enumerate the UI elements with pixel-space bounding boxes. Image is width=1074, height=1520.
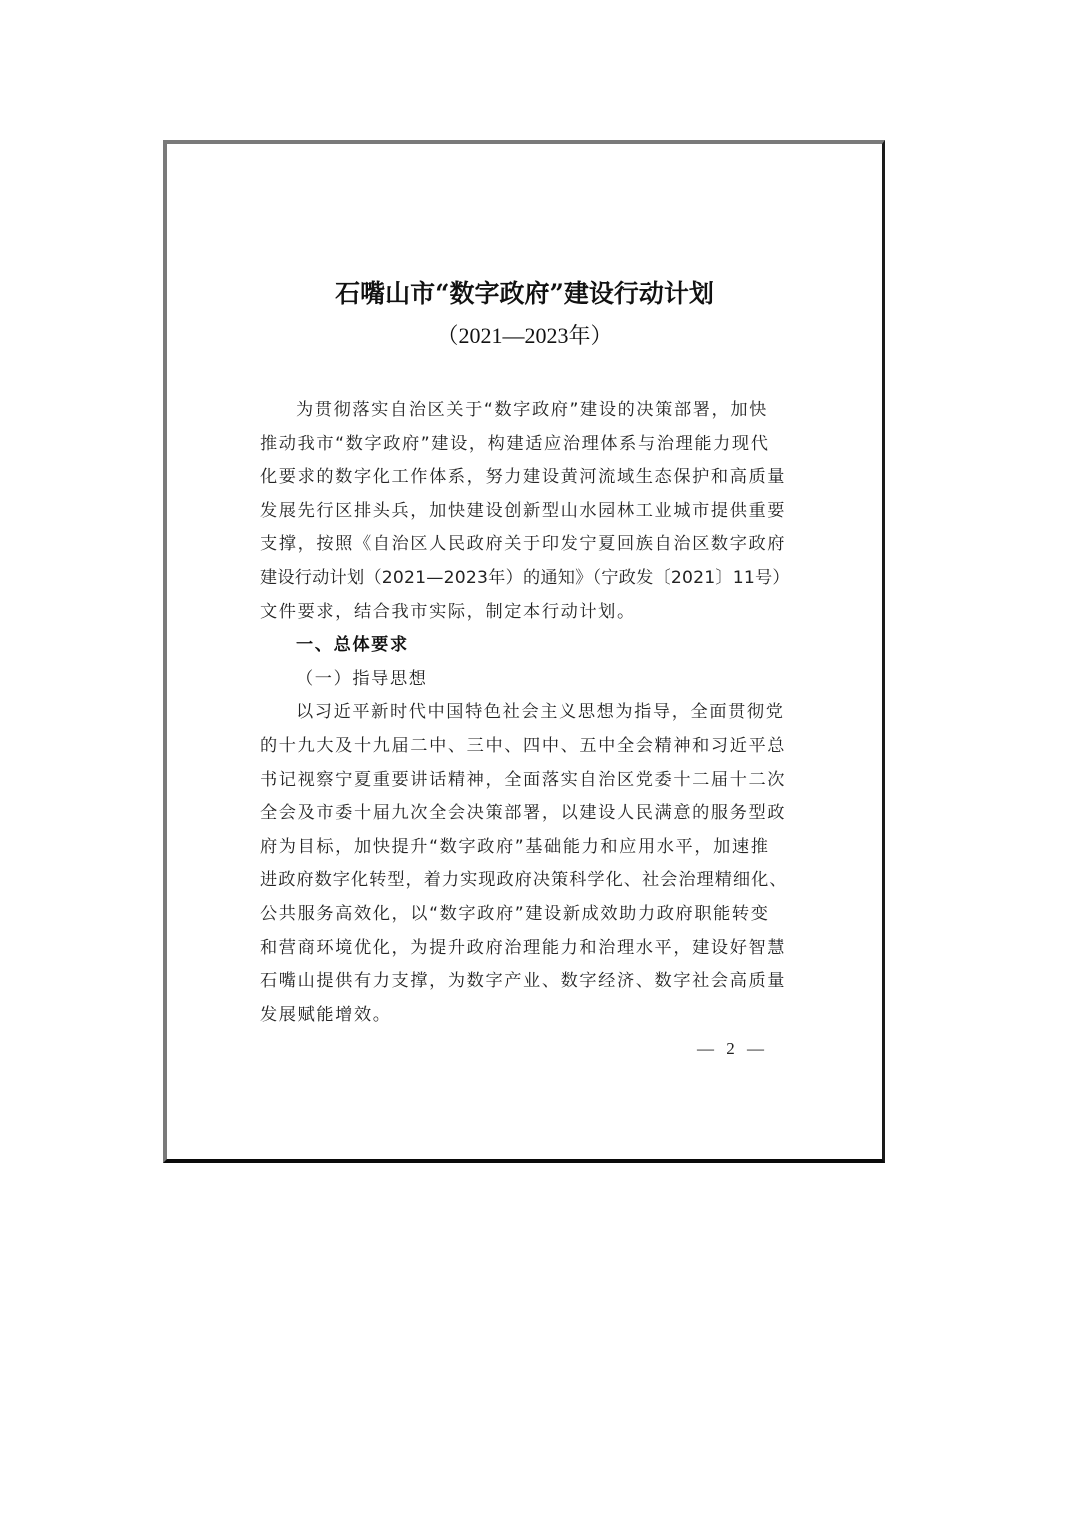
paragraph-line: 推动我市“数字政府”建设，构建适应治理体系与治理能力现代 [260, 428, 800, 462]
paragraph-line: 文件要求，结合我市实际，制定本行动计划。 [260, 596, 800, 630]
paragraph-line: 发展先行区排头兵，加快建设创新型山水园林工业城市提供重要 [260, 495, 800, 529]
subsection-heading: （一）指导思想 [260, 663, 800, 697]
paragraph-line: 以习近平新时代中国特色社会主义思想为指导，全面贯彻党 [260, 696, 800, 730]
paragraph-line: 全会及市委十届九次全会决策部署，以建设人民满意的服务型政 [260, 797, 800, 831]
paragraph-line: 府为目标，加快提升“数字政府”基础能力和应用水平，加速推 [260, 831, 800, 865]
paragraph-line: 为贯彻落实自治区关于“数字政府”建设的决策部署，加快 [260, 394, 800, 428]
paragraph-line: 发展赋能增效。 [260, 999, 800, 1033]
document-title: 石嘴山市“数字政府”建设行动计划 [167, 274, 882, 310]
paragraph-line: 石嘴山提供有力支撑，为数字产业、数字经济、数字社会高质量 [260, 965, 800, 999]
paragraph-line: 的十九大及十九届二中、三中、四中、五中全会精神和习近平总 [260, 730, 800, 764]
page-number: — 2 — [697, 1039, 768, 1059]
paragraph-line: 建设行动计划（2021—2023年）的通知》（宁政发〔2021〕11号） [260, 562, 800, 596]
paragraph-line: 化要求的数字化工作体系，努力建设黄河流域生态保护和高质量 [260, 461, 800, 495]
paragraph-line: 书记视察宁夏重要讲话精神，全面落实自治区党委十二届十二次 [260, 764, 800, 798]
section-heading: 一、总体要求 [260, 629, 800, 663]
document-page: 石嘴山市“数字政府”建设行动计划 （2021—2023年） 为贯彻落实自治区关于… [163, 140, 885, 1163]
document-subtitle: （2021—2023年） [167, 319, 882, 350]
paragraph-line: 公共服务高效化，以“数字政府”建设新成效助力政府职能转变 [260, 898, 800, 932]
paragraph-line: 支撑，按照《自治区人民政府关于印发宁夏回族自治区数字政府 [260, 528, 800, 562]
document-body: 为贯彻落实自治区关于“数字政府”建设的决策部署，加快 推动我市“数字政府”建设，… [260, 394, 800, 1032]
paragraph-line: 进政府数字化转型，着力实现政府决策科学化、社会治理精细化、 [260, 864, 800, 898]
paragraph-line: 和营商环境优化，为提升政府治理能力和治理水平，建设好智慧 [260, 932, 800, 966]
